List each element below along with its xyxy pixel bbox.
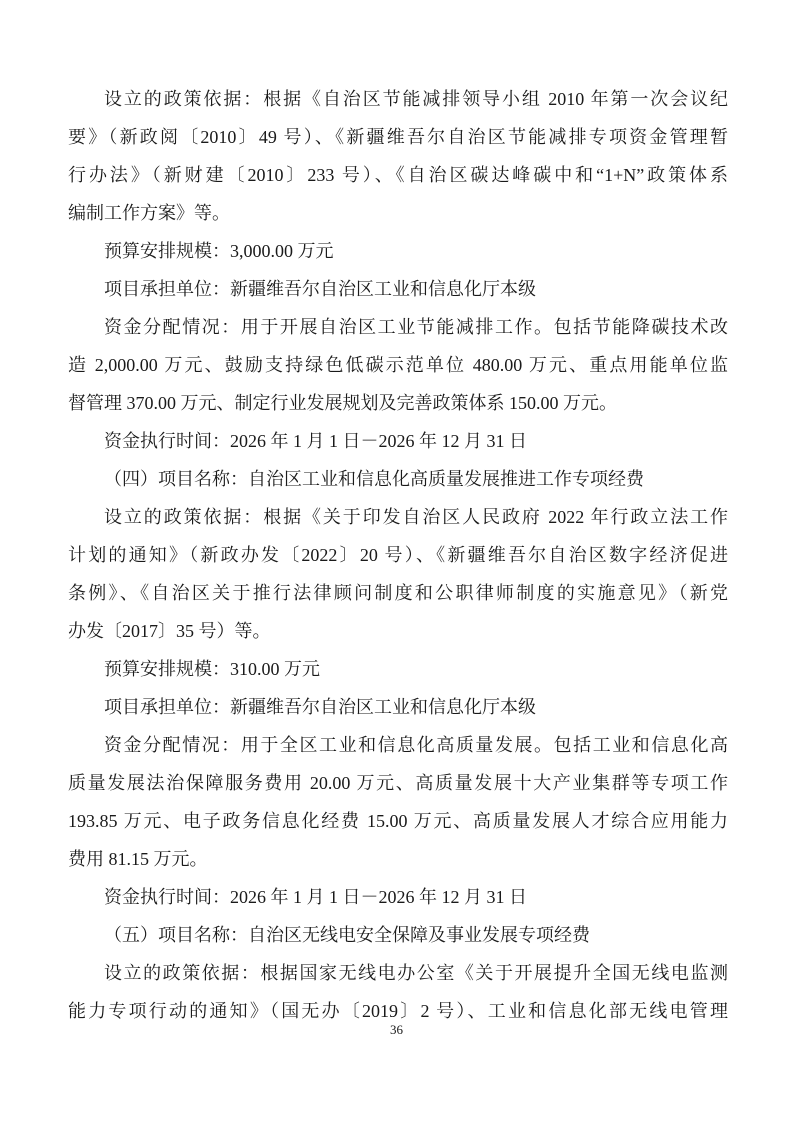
text-line: 费用 81.15 万元。	[68, 840, 728, 878]
paragraph: 设立的政策依据：根据《关于印发自治区人民政府 2022 年行政立法工作计划的通知…	[68, 498, 728, 650]
text-line: 资金分配情况：用于全区工业和信息化高质量发展。包括工业和信息化高	[68, 726, 728, 764]
paragraph: 预算安排规模：310.00 万元	[68, 650, 728, 688]
text-line: 预算安排规模：3,000.00 万元	[68, 232, 728, 270]
paragraph: 预算安排规模：3,000.00 万元	[68, 232, 728, 270]
text-line: 设立的政策依据：根据《自治区节能减排领导小组 2010 年第一次会议纪	[68, 80, 728, 118]
text-line: 项目承担单位：新疆维吾尔自治区工业和信息化厅本级	[68, 270, 728, 308]
text-line: 193.85 万元、电子政务信息化经费 15.00 万元、高质量发展人才综合应用…	[68, 802, 728, 840]
paragraph: 资金分配情况：用于全区工业和信息化高质量发展。包括工业和信息化高质量发展法治保障…	[68, 726, 728, 878]
page-number: 36	[0, 1022, 793, 1038]
text-line: （四）项目名称：自治区工业和信息化高质量发展推进工作专项经费	[68, 460, 728, 498]
paragraph: 资金执行时间：2026 年 1 月 1 日－2026 年 12 月 31 日	[68, 422, 728, 460]
document-page: 设立的政策依据：根据《自治区节能减排领导小组 2010 年第一次会议纪要》（新政…	[0, 0, 793, 1122]
paragraph: 设立的政策依据：根据国家无线电办公室《关于开展提升全国无线电监测能力专项行动的通…	[68, 954, 728, 1030]
paragraph: 资金执行时间：2026 年 1 月 1 日－2026 年 12 月 31 日	[68, 878, 728, 916]
text-line: 资金执行时间：2026 年 1 月 1 日－2026 年 12 月 31 日	[68, 422, 728, 460]
text-line: 预算安排规模：310.00 万元	[68, 650, 728, 688]
text-line: 质量发展法治保障服务费用 20.00 万元、高质量发展十大产业集群等专项工作	[68, 764, 728, 802]
paragraph: 项目承担单位：新疆维吾尔自治区工业和信息化厅本级	[68, 688, 728, 726]
document-body: 设立的政策依据：根据《自治区节能减排领导小组 2010 年第一次会议纪要》（新政…	[68, 80, 728, 1030]
paragraph: 项目承担单位：新疆维吾尔自治区工业和信息化厅本级	[68, 270, 728, 308]
text-line: （五）项目名称：自治区无线电安全保障及事业发展专项经费	[68, 916, 728, 954]
text-line: 资金执行时间：2026 年 1 月 1 日－2026 年 12 月 31 日	[68, 878, 728, 916]
text-line: 行办法》（新财建〔2010〕233 号）、《自治区碳达峰碳中和“1+N”政策体系	[68, 156, 728, 194]
text-line: 要》（新政阅〔2010〕49 号）、《新疆维吾尔自治区节能减排专项资金管理暂	[68, 118, 728, 156]
paragraph: （四）项目名称：自治区工业和信息化高质量发展推进工作专项经费	[68, 460, 728, 498]
text-line: 条例》、《自治区关于推行法律顾问制度和公职律师制度的实施意见》（新党	[68, 574, 728, 612]
paragraph: 设立的政策依据：根据《自治区节能减排领导小组 2010 年第一次会议纪要》（新政…	[68, 80, 728, 232]
text-line: 编制工作方案》等。	[68, 194, 728, 232]
text-line: 项目承担单位：新疆维吾尔自治区工业和信息化厅本级	[68, 688, 728, 726]
text-line: 设立的政策依据：根据《关于印发自治区人民政府 2022 年行政立法工作	[68, 498, 728, 536]
text-line: 督管理 370.00 万元、制定行业发展规划及完善政策体系 150.00 万元。	[68, 384, 728, 422]
text-line: 办发〔2017〕35 号）等。	[68, 612, 728, 650]
text-line: 设立的政策依据：根据国家无线电办公室《关于开展提升全国无线电监测	[68, 954, 728, 992]
text-line: 资金分配情况：用于开展自治区工业节能减排工作。包括节能降碳技术改	[68, 308, 728, 346]
paragraph: （五）项目名称：自治区无线电安全保障及事业发展专项经费	[68, 916, 728, 954]
paragraph: 资金分配情况：用于开展自治区工业节能减排工作。包括节能降碳技术改造 2,000.…	[68, 308, 728, 422]
text-line: 造 2,000.00 万元、鼓励支持绿色低碳示范单位 480.00 万元、重点用…	[68, 346, 728, 384]
text-line: 计划的通知》（新政办发〔2022〕20 号）、《新疆维吾尔自治区数字经济促进	[68, 536, 728, 574]
